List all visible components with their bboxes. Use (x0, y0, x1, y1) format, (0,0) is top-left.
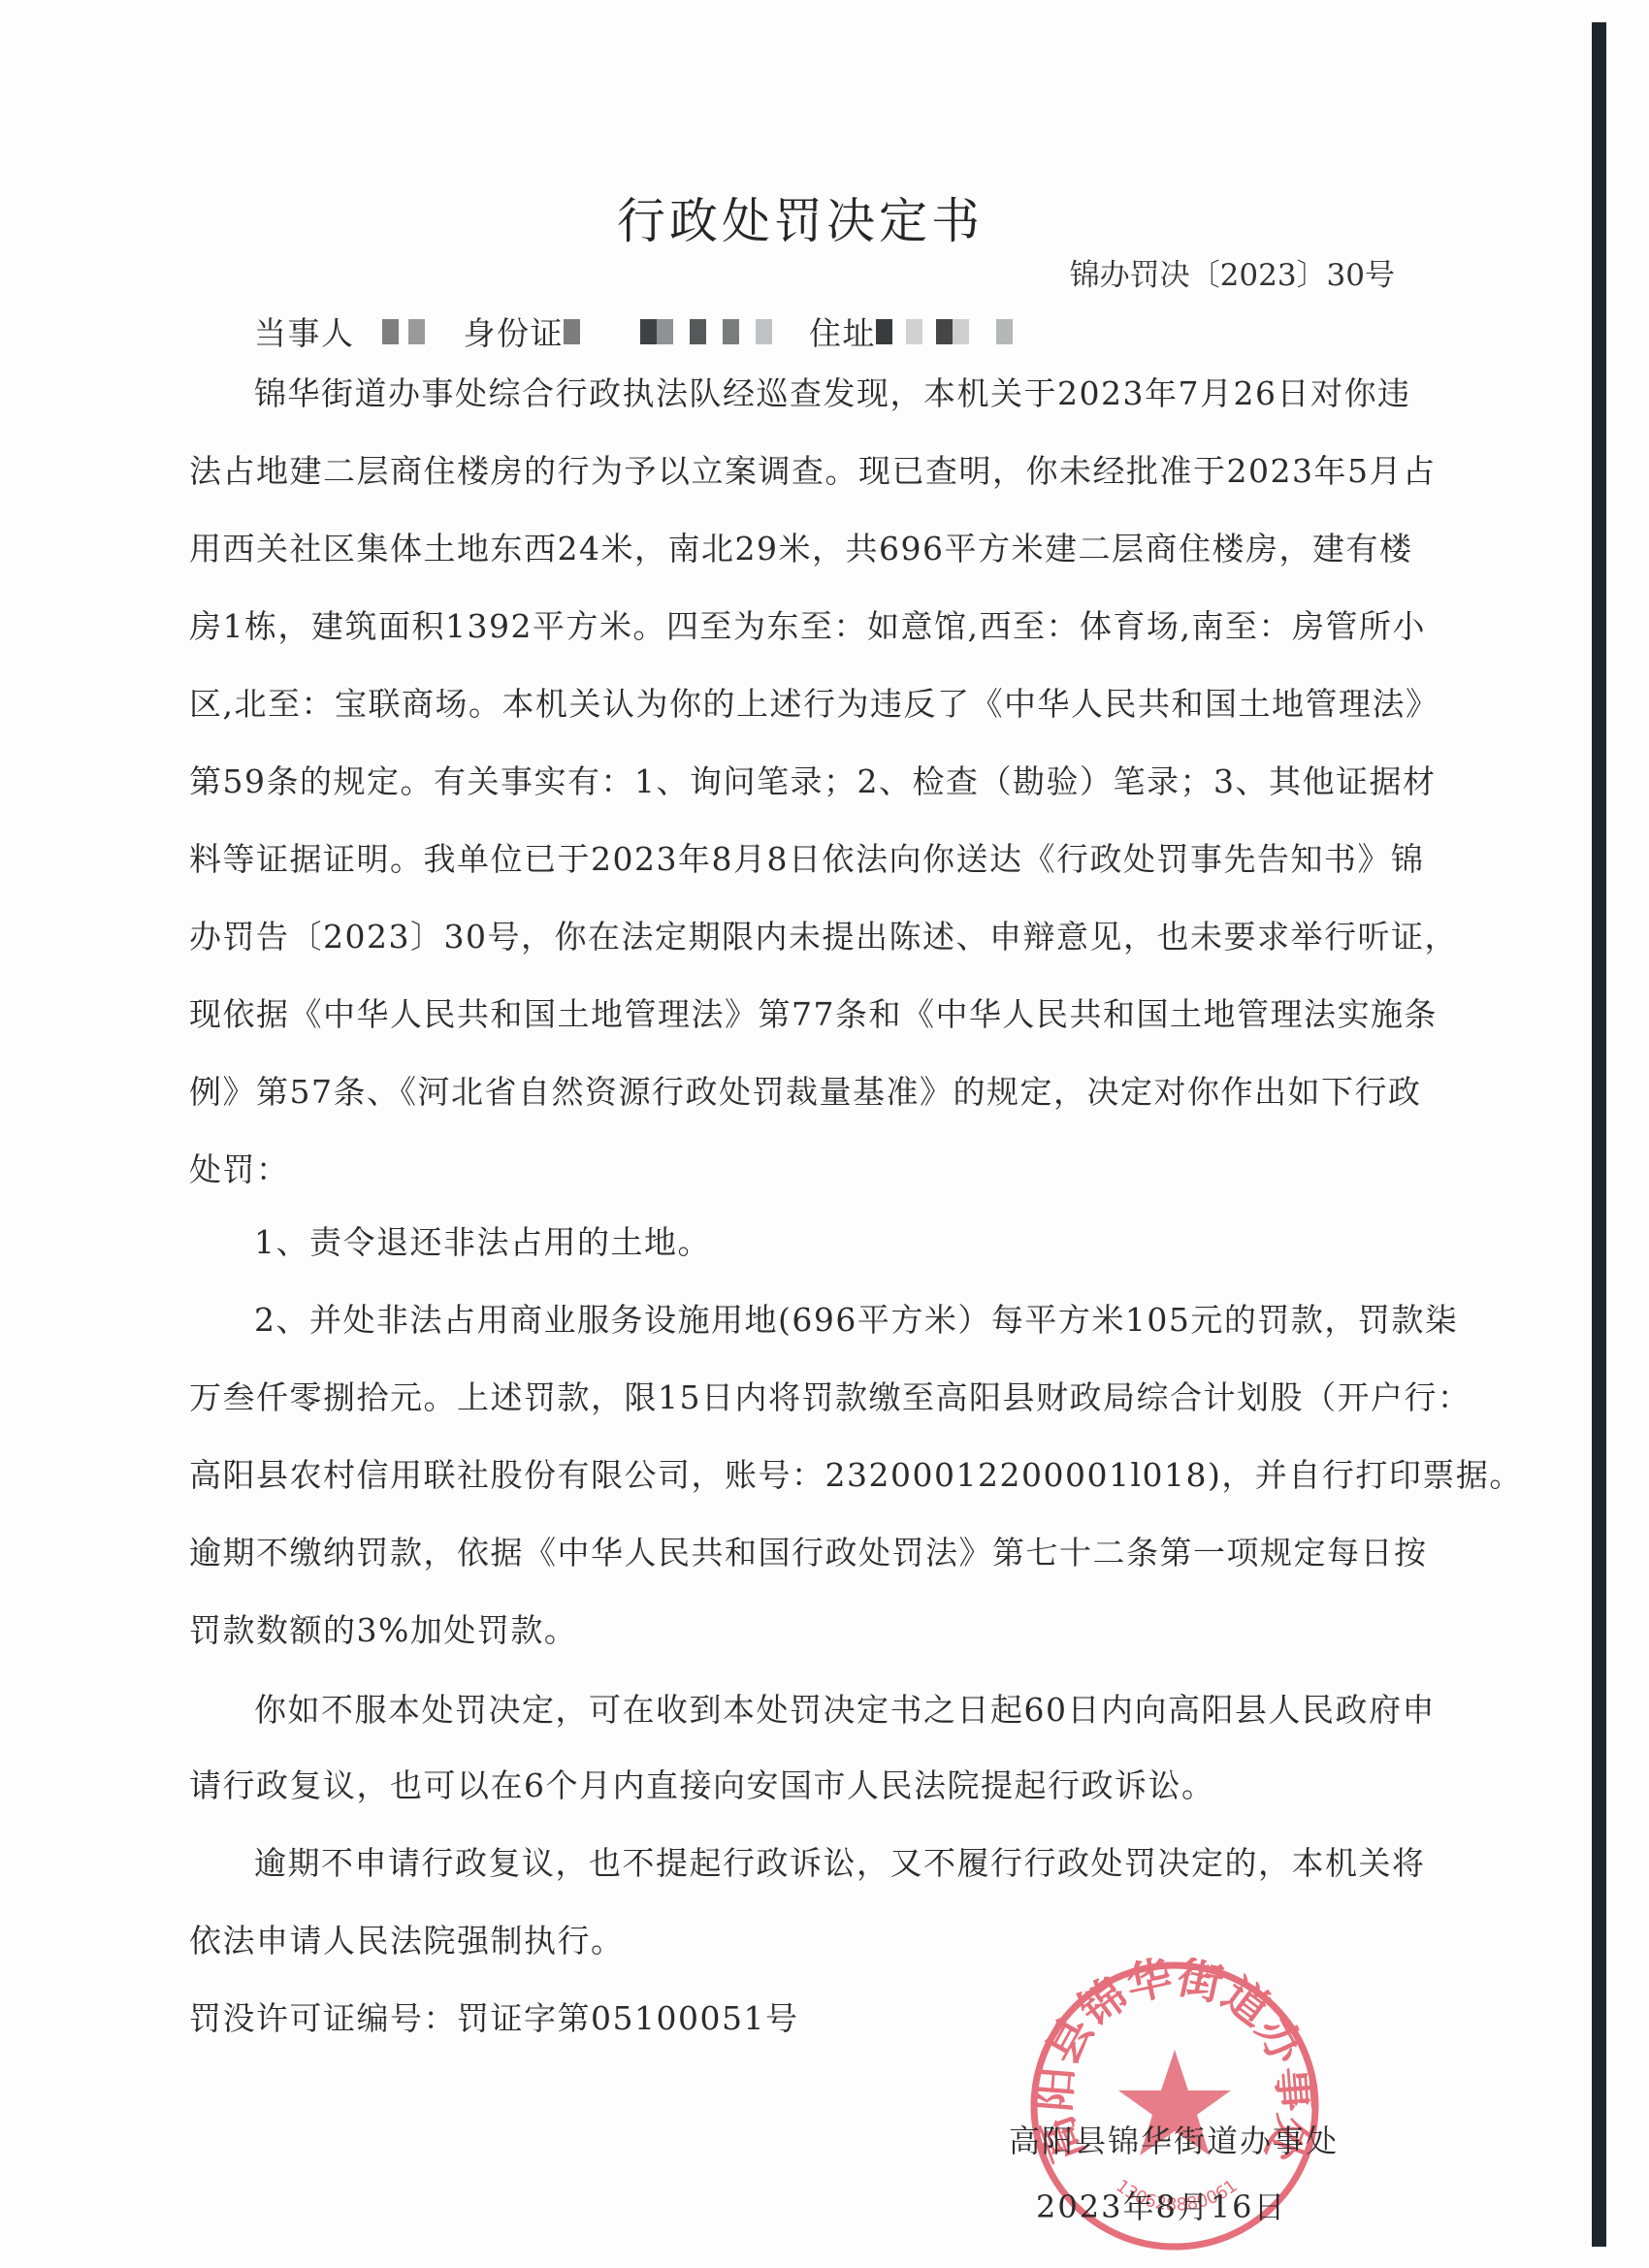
body-line: 用西关社区集体土地东西24米，南北29米，共696平方米建二层商住楼房，建有楼 (189, 524, 1406, 569)
body-line: 房1栋，建筑面积1392平方米。四至为东至：如意馆,西至：体育场,南至：房管所小 (189, 601, 1406, 647)
enforcement-notice-cont: 依法申请人民法院强制执行。 (189, 1916, 1406, 1961)
redacted-address (876, 319, 1013, 344)
party-label: 当事人 (254, 308, 355, 354)
body-line: 区,北至：宝联商场。本机关认为你的上述行为违反了《中华人民共和国土地管理法》 (189, 679, 1406, 725)
scan-page-edge (1592, 22, 1606, 2247)
party-info-row: 当事人 身份证 住址 (254, 308, 1013, 354)
issuing-organization: 高阳县锦华街道办事处 (1009, 2117, 1339, 2161)
address-label: 住址 (809, 308, 876, 354)
penalty-item-1: 1、责令退还非法占用的土地。 (254, 1217, 1406, 1263)
body-line: 处罚： (189, 1145, 1406, 1190)
issue-date: 2023年8月16日 (1036, 2183, 1287, 2227)
redacted-id-number (564, 319, 772, 344)
body-line: 逾期不缴纳罚款，依据《中华人民共和国行政处罚法》第七十二条第一项规定每日按 (189, 1528, 1406, 1573)
body-line: 万叁仟零捌拾元。上述罚款，限15日内将罚款缴至高阳县财政局综合计划股（开户行： (189, 1373, 1406, 1418)
redacted-name (382, 319, 425, 344)
enforcement-notice: 逾期不申请行政复议，也不提起行政诉讼，又不履行行政处罚决定的，本机关将 (254, 1838, 1406, 1884)
body-line: 法占地建二层商住楼房的行为予以立案调查。现已查明，你未经批准于2023年5月占 (189, 446, 1406, 492)
body-line: 例》第57条、《河北省自然资源行政处罚裁量基准》的规定，决定对你作出如下行政 (189, 1067, 1406, 1113)
body-line: 办罚告〔2023〕30号，你在法定期限内未提出陈述、申辩意见，也未要求举行听证， (189, 912, 1406, 957)
body-line: 现依据《中华人民共和国土地管理法》第77条和《中华人民共和国土地管理法实施条 (189, 989, 1406, 1035)
appeal-notice-cont: 请行政复议，也可以在6个月内直接向安国市人民法院提起行政诉讼。 (189, 1761, 1406, 1806)
id-label: 身份证 (464, 308, 565, 354)
body-line: 锦华街道办事处综合行政执法队经巡查发现，本机关于2023年7月26日对你违 (254, 369, 1406, 414)
document-number: 锦办罚决〔2023〕30号 (1070, 250, 1395, 294)
body-line: 罚款数额的3%加处罚款。 (189, 1605, 1406, 1651)
body-line: 高阳县农村信用联社股份有限公司，账号：23200012200001l018)，并… (189, 1450, 1406, 1496)
body-line: 料等证据证明。我单位已于2023年8月8日依法向你送达《行政处罚事先告知书》锦 (189, 834, 1406, 880)
document-title: 行政处罚决定书 (0, 182, 1649, 252)
penalty-item-2: 2、并处非法占用商业服务设施用地(696平方米）每平方米105元的罚款，罚款柒 (254, 1295, 1406, 1341)
body-line: 第59条的规定。有关事实有：1、询问笔录；2、检查（勘验）笔录；3、其他证据材 (189, 757, 1406, 802)
appeal-notice: 你如不服本处罚决定，可在收到本处罚决定书之日起60日内向高阳县人民政府申 (254, 1685, 1406, 1731)
